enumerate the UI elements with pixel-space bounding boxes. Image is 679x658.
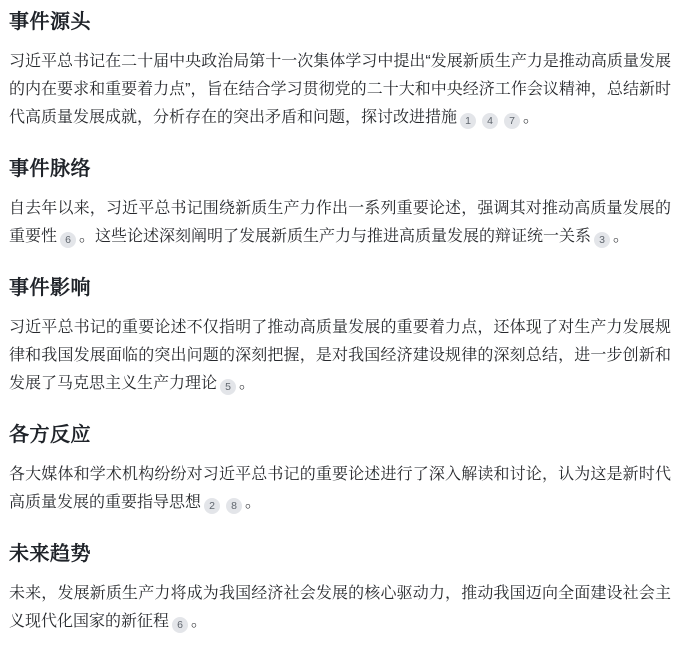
section-heading-event-origin: 事件源头	[9, 10, 671, 34]
paragraph-text: 各大媒体和学术机构纷纷对习近平总书记的重要论述进行了深入解读和讨论，认为这是新时…	[9, 466, 671, 511]
section-paragraph-future-trends: 未来，发展新质生产力将成为我国经济社会发展的核心驱动力，推动我国迈向全面建设社会…	[9, 580, 671, 636]
paragraph-text: 。	[239, 375, 255, 392]
section-heading-future-trends: 未来趋势	[9, 542, 671, 566]
paragraph-text: 。这些论述深刻阐明了发展新质生产力与推进高质量发展的辩证统一关系	[79, 228, 591, 245]
citation-badge-1[interactable]: 1	[460, 113, 476, 129]
citation-badge-7[interactable]: 7	[504, 113, 520, 129]
section-paragraph-event-impact: 习近平总书记的重要论述不仅指明了推动高质量发展的重要着力点，还体现了对生产力发展…	[9, 314, 671, 398]
citation-badge-2[interactable]: 2	[204, 498, 220, 514]
section-paragraph-event-origin: 习近平总书记在二十届中央政治局第十一次集体学习中提出“发展新质生产力是推动高质量…	[9, 48, 671, 132]
paragraph-text: 。	[245, 494, 261, 511]
citation-badge-6[interactable]: 6	[60, 232, 76, 248]
paragraph-text: 。	[191, 613, 207, 630]
section-paragraph-event-context: 自去年以来，习近平总书记围绕新质生产力作出一系列重要论述，强调其对推动高质量发展…	[9, 195, 671, 251]
citation-badge-5[interactable]: 5	[220, 379, 236, 395]
paragraph-text: 。	[523, 109, 539, 126]
section-heading-reactions: 各方反应	[9, 423, 671, 447]
paragraph-text: 习近平总书记在二十届中央政治局第十一次集体学习中提出“发展新质生产力是推动高质量…	[9, 53, 671, 126]
paragraph-text: 。	[613, 228, 629, 245]
citation-badge-4[interactable]: 4	[482, 113, 498, 129]
citation-badge-3[interactable]: 3	[594, 232, 610, 248]
citation-badge-8[interactable]: 8	[226, 498, 242, 514]
section-heading-event-impact: 事件影响	[9, 276, 671, 300]
section-heading-event-context: 事件脉络	[9, 157, 671, 181]
report-body: 事件源头习近平总书记在二十届中央政治局第十一次集体学习中提出“发展新质生产力是推…	[9, 10, 671, 636]
paragraph-text: 未来，发展新质生产力将成为我国经济社会发展的核心驱动力，推动我国迈向全面建设社会…	[9, 585, 671, 630]
citation-badge-6[interactable]: 6	[172, 617, 188, 633]
paragraph-text: 习近平总书记的重要论述不仅指明了推动高质量发展的重要着力点，还体现了对生产力发展…	[9, 319, 671, 392]
section-paragraph-reactions: 各大媒体和学术机构纷纷对习近平总书记的重要论述进行了深入解读和讨论，认为这是新时…	[9, 461, 671, 517]
